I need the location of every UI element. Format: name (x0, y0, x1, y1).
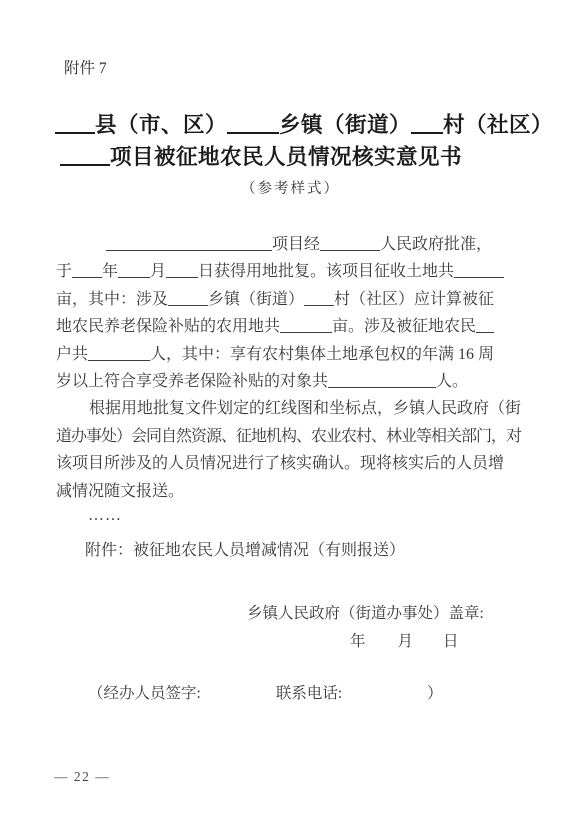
blank-underline (476, 318, 494, 333)
text-segment: 日 (443, 633, 459, 650)
blank-underline (280, 318, 332, 333)
blank-underline (118, 263, 150, 278)
blank-underline (304, 291, 334, 306)
text-segment: 亩。涉及被征地农民 (332, 318, 476, 335)
text-segment: 村（社区）应计算被征 (334, 291, 494, 308)
blank-underline (166, 263, 198, 278)
text-segment: （经办人员签字: (88, 685, 201, 702)
blank-underline (328, 373, 436, 388)
text-segment: 项目经 (272, 236, 320, 253)
text-segment: 户共 (56, 346, 88, 363)
blank-underline (320, 236, 380, 251)
blank-underline (88, 346, 150, 361)
text-segment: 乡镇（街道） (208, 291, 304, 308)
text-segment: 月 (150, 263, 166, 280)
attachment-label: 附件 7 (64, 56, 107, 78)
document-title-line1: 县（市、区）乡镇（街道）村（社区） (55, 108, 553, 139)
contact-line: （经办人员签字:联系电话:） (88, 681, 443, 703)
blank-underline (411, 116, 443, 134)
text-segment: 人。 (436, 373, 468, 390)
text-segment: 于 (56, 263, 72, 280)
body-line: 于年月日获得用地批复。该项目征收土地共 (56, 258, 528, 285)
document-subtitle: （参考样式） (0, 177, 581, 198)
blank-underline (227, 116, 279, 134)
text-segment: 岁以上符合享受养老保险补贴的对象共 (56, 373, 328, 390)
body-line: 道办事处）会同自然资源、征地机构、农业农村、林业等相关部门，对 (56, 423, 528, 450)
body-line: 减情况随文报送。 (56, 478, 528, 505)
attachment-note: 附件：被征地农民人员增减情况（有则报送） (85, 537, 405, 560)
date-line: 年月日 (350, 629, 459, 651)
body-line: 项目经人民政府批准， (56, 231, 528, 258)
text-segment: 人，其中：享有农村集体土地承包权的年满 16 周 (150, 346, 494, 363)
text-segment: 日获得用地批复。该项目征收土地共 (198, 263, 454, 280)
text-segment: 亩，其中：涉及 (56, 291, 168, 308)
blank-underline (168, 291, 208, 306)
page-number: — 22 — (54, 769, 110, 785)
text-segment: 村（社区） (443, 113, 553, 137)
blank-underline (60, 148, 110, 166)
blank-underline (106, 236, 272, 251)
body-line: 亩，其中：涉及乡镇（街道）村（社区）应计算被征 (56, 286, 528, 313)
text-segment: 乡镇（街道） (279, 113, 411, 137)
blank-underline (454, 263, 504, 278)
document-page: 附件 7 县（市、区）乡镇（街道）村（社区） 项目被征地农民人员情况核实意见书 … (0, 0, 581, 814)
text-segment: 减情况随文报送。 (56, 483, 184, 500)
body-line: 根据用地批复文件划定的红线图和坐标点，乡镇人民政府（街 (56, 395, 528, 422)
document-title-line2: 项目被征地农民人员情况核实意见书 (60, 140, 462, 171)
text-segment: 项目被征地农民人员情况核实意见书 (110, 145, 462, 169)
text-segment: ） (427, 685, 443, 702)
body-line: 户共人，其中：享有农村集体土地承包权的年满 16 周 (56, 341, 528, 368)
text-segment: 根据用地批复文件划定的红线图和坐标点，乡镇人民政府（街 (89, 400, 521, 417)
text-segment: 地农民养老保险补贴的农用地共 (56, 318, 280, 335)
text-segment: 人民政府批准， (380, 236, 492, 253)
text-segment: 年 (350, 633, 366, 650)
text-segment: 道办事处）会同自然资源、征地机构、农业农村、林业等相关部门，对 (56, 428, 521, 445)
body-line: 岁以上符合享受养老保险补贴的对象共人。 (56, 368, 528, 395)
text-segment: 县（市、区） (95, 113, 227, 137)
body-line: 该项目所涉及的人员情况进行了核实确认。现将核实后的人员增 (56, 450, 528, 477)
text-segment: 月 (398, 633, 414, 650)
text-segment: 该项目所涉及的人员情况进行了核实确认。现将核实后的人员增 (56, 455, 504, 472)
text-segment: 年 (102, 263, 118, 280)
text-segment: 联系电话: (276, 685, 342, 702)
ellipsis-line: …… (88, 507, 122, 525)
body-line: 地农民养老保险补贴的农用地共亩。涉及被征地农民 (56, 313, 528, 340)
blank-underline (72, 263, 102, 278)
document-body: 项目经人民政府批准，于年月日获得用地批复。该项目征收土地共亩，其中：涉及乡镇（街… (56, 231, 528, 505)
seal-line: 乡镇人民政府（街道办事处）盖章: (247, 601, 484, 623)
blank-underline (55, 116, 95, 134)
